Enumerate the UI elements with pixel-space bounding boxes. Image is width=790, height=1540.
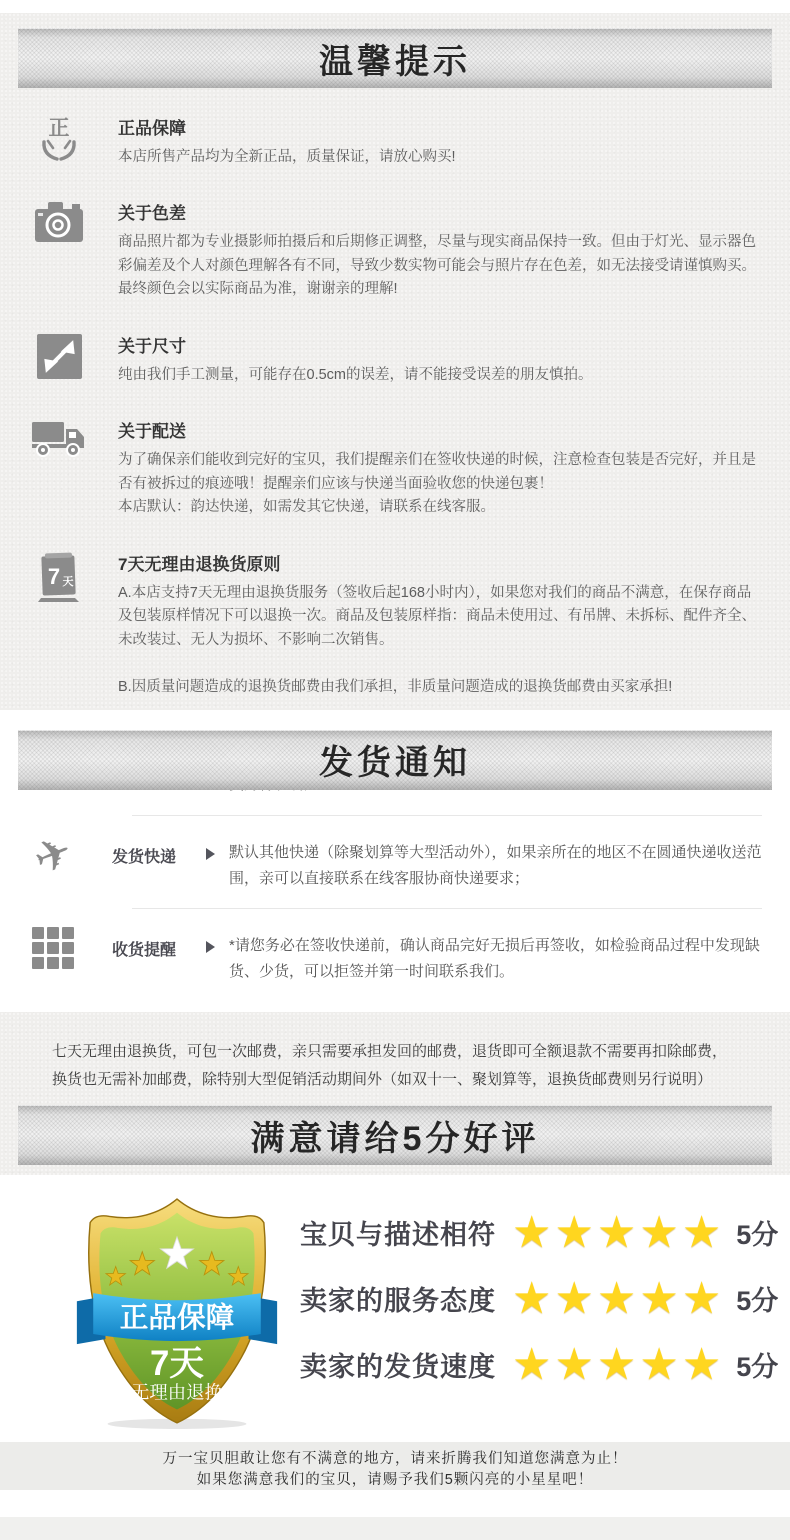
tip-title: 关于色差 [118, 199, 760, 224]
five-stars-icon: ★★★★★ [512, 1211, 724, 1255]
tip-item-size: 关于尺寸 纯由我们手工测量，可能存在0.5cm的误差，请不能接受误差的朋友慎拍。 [0, 332, 768, 387]
badge-ribbon-text: 正品保障 [120, 1301, 235, 1334]
rating-score: 5分 [736, 1279, 778, 1318]
row-divider [132, 815, 762, 816]
tip-title: 正品保障 [118, 114, 760, 139]
star-icon: ★ [554, 1211, 593, 1255]
tip-item-color: 关于色差 商品照片都为专业摄影师拍摄后和后期修正调整，尽量与现实商品保持一致。但… [0, 199, 768, 301]
rating-banner: 满意请给5分好评 [18, 1105, 772, 1165]
star-icon: ★ [597, 1343, 636, 1387]
tips-banner-title: 温馨提示 [319, 34, 471, 83]
tip-text: A.本店支持7天无理由退换货服务（签收后起168小时内），如果您对我们的商品不满… [118, 582, 760, 652]
star-icon: ★ [512, 1277, 551, 1321]
tip-text: 本店所售产品均为全新正品，质量保证，请放心购买! [118, 146, 760, 169]
arrow-right-icon [206, 941, 215, 953]
rating-rows: 宝贝与描述相符 ★★★★★ 5分 卖家的服务态度 ★★★★★ 5分 卖家的发货速… [300, 1209, 778, 1407]
shield-badge-icon: 正品保障 7天 无理由退换 [72, 1195, 282, 1430]
star-icon: ★ [682, 1343, 721, 1387]
ship-row-text: *请您务必在签收快递前，确认商品完好无损后再签收，如检验商品过程中发现缺货、少货… [229, 927, 764, 986]
ship-row-receipt: 收货提醒 *请您务必在签收快递前，确认商品完好无损后再签收，如检验商品过程中发现… [0, 911, 790, 1000]
five-stars-icon: ★★★★★ [512, 1277, 724, 1321]
footer-note: 万一宝贝胆敢让您有不满意的地方，请来折腾我们知道您满意为止！ 如果您满意我们的宝… [0, 1442, 790, 1490]
badge-return-text: 无理由退换 [131, 1381, 223, 1402]
guarantee-badge: 正品保障 7天 无理由退换 [72, 1195, 282, 1435]
bottom-gray-strip [0, 1517, 790, 1540]
tips-section: 温馨提示 正 正品保障 本店所售产品均为全新正品，质量保证，请放心购买! [0, 13, 790, 710]
ship-row-label: 发货快递 [112, 834, 204, 867]
star-icon: ★ [512, 1343, 551, 1387]
tip-text: 纯由我们手工测量，可能存在0.5cm的误差，请不能接受误差的朋友慎拍。 [118, 364, 760, 387]
row-divider [132, 908, 762, 909]
star-icon: ★ [554, 1343, 593, 1387]
rating-label: 卖家的服务态度 [300, 1279, 496, 1318]
arrow-right-icon [206, 848, 215, 860]
star-icon: ★ [639, 1277, 678, 1321]
star-icon: ★ [597, 1211, 636, 1255]
five-stars-icon: ★★★★★ [512, 1343, 724, 1387]
star-icon: ★ [682, 1277, 721, 1321]
svg-text:正: 正 [49, 117, 70, 140]
camera-icon [34, 201, 84, 243]
return-note-section: 七天无理由退换货，可包一次邮费，亲只需要承担发回的邮费，退货即可全额退款不需要再… [0, 1012, 790, 1175]
ship-row-courier: ✈ 发货快递 默认其他快递（除聚划算等大型活动外），如果亲所在的地区不在圆通快递… [0, 818, 790, 907]
shipping-banner-title: 发货通知 [319, 735, 471, 784]
tips-banner: 温馨提示 [18, 28, 772, 88]
rating-label: 宝贝与描述相符 [300, 1213, 496, 1252]
rating-banner-title: 满意请给5分好评 [251, 1111, 540, 1160]
calendar-7days-icon: 7 天 [37, 552, 81, 604]
footer-line1: 万一宝贝胆敢让您有不满意的地方，请来折腾我们知道您满意为止！ [0, 1449, 790, 1470]
size-arrow-icon [37, 334, 82, 379]
plane-icon: ✈ [28, 828, 79, 883]
rating-row-description: 宝贝与描述相符 ★★★★★ 5分 [300, 1209, 778, 1256]
star-icon: ★ [512, 1211, 551, 1255]
tip-text: 本店默认：韵达快递，如需发其它快递，请联系在线客服。 [118, 496, 760, 519]
footer-line2: 如果您满意我们的宝贝，请赐予我们5颗闪亮的小星星吧！ [0, 1470, 790, 1491]
ship-row-text: 默认其他快递（除聚划算等大型活动外），如果亲所在的地区不在圆通快递收送范围，亲可… [229, 834, 764, 893]
star-icon: ★ [597, 1277, 636, 1321]
return-note-text: 七天无理由退换货，可包一次邮费，亲只需要承担发回的邮费，退货即可全额退款不需要再… [0, 1012, 790, 1094]
svg-text:天: 天 [63, 575, 74, 588]
star-icon: ★ [682, 1211, 721, 1255]
top-margin [0, 0, 790, 13]
tip-text: B.因质量问题造成的退换货邮费由我们承担，非质量问题造成的退换货邮费由买家承担! [118, 676, 760, 699]
tip-item-authentic: 正 正品保障 本店所售产品均为全新正品，质量保证，请放心购买! [0, 114, 768, 169]
rating-section: 正品保障 7天 无理由退换 宝贝与描述相符 ★★★★★ 5分 卖家的服务态度 ★… [0, 1175, 790, 1442]
tip-title: 关于配送 [118, 417, 760, 442]
star-icon: ★ [554, 1277, 593, 1321]
rating-row-service: 卖家的服务态度 ★★★★★ 5分 [300, 1275, 778, 1322]
svg-text:7: 7 [48, 564, 60, 589]
tip-text: 为了确保亲们能收到完好的宝贝，我们提醒亲们在签收快递的时候，注意检查包装是否完好… [118, 449, 760, 496]
tip-item-delivery: 关于配送 为了确保亲们能收到完好的宝贝，我们提醒亲们在签收快递的时候，注意检查包… [0, 417, 768, 519]
rating-row-speed: 卖家的发货速度 ★★★★★ 5分 [300, 1341, 778, 1388]
rating-score: 5分 [736, 1345, 778, 1384]
badge-7days-text: 7天 [150, 1345, 204, 1383]
bottom-white-strip [0, 1490, 790, 1517]
truck-icon [31, 419, 87, 459]
tip-title: 关于尺寸 [118, 332, 760, 357]
rating-label: 卖家的发货速度 [300, 1345, 496, 1384]
shipping-banner: 发货通知 [18, 730, 772, 790]
tip-title: 7天无理由退换货原则 [118, 550, 760, 575]
star-icon: ★ [639, 1211, 678, 1255]
tip-text: 商品照片都为专业摄影师拍摄后和后期修正调整，尽量与现实商品保持一致。但由于灯光、… [118, 231, 760, 278]
tip-text: 最终颜色会以实际商品为准，谢谢亲的理解! [118, 278, 760, 301]
ship-row-label: 收货提醒 [112, 927, 204, 960]
authentic-hands-icon: 正 [36, 116, 82, 166]
tip-item-return-policy: 7 天 7天无理由退换货原则 A.本店支持7天无理由退换货服务（签收后起168小… [0, 550, 768, 700]
rating-score: 5分 [736, 1213, 778, 1252]
grid-icon [32, 927, 74, 969]
star-icon: ★ [639, 1343, 678, 1387]
